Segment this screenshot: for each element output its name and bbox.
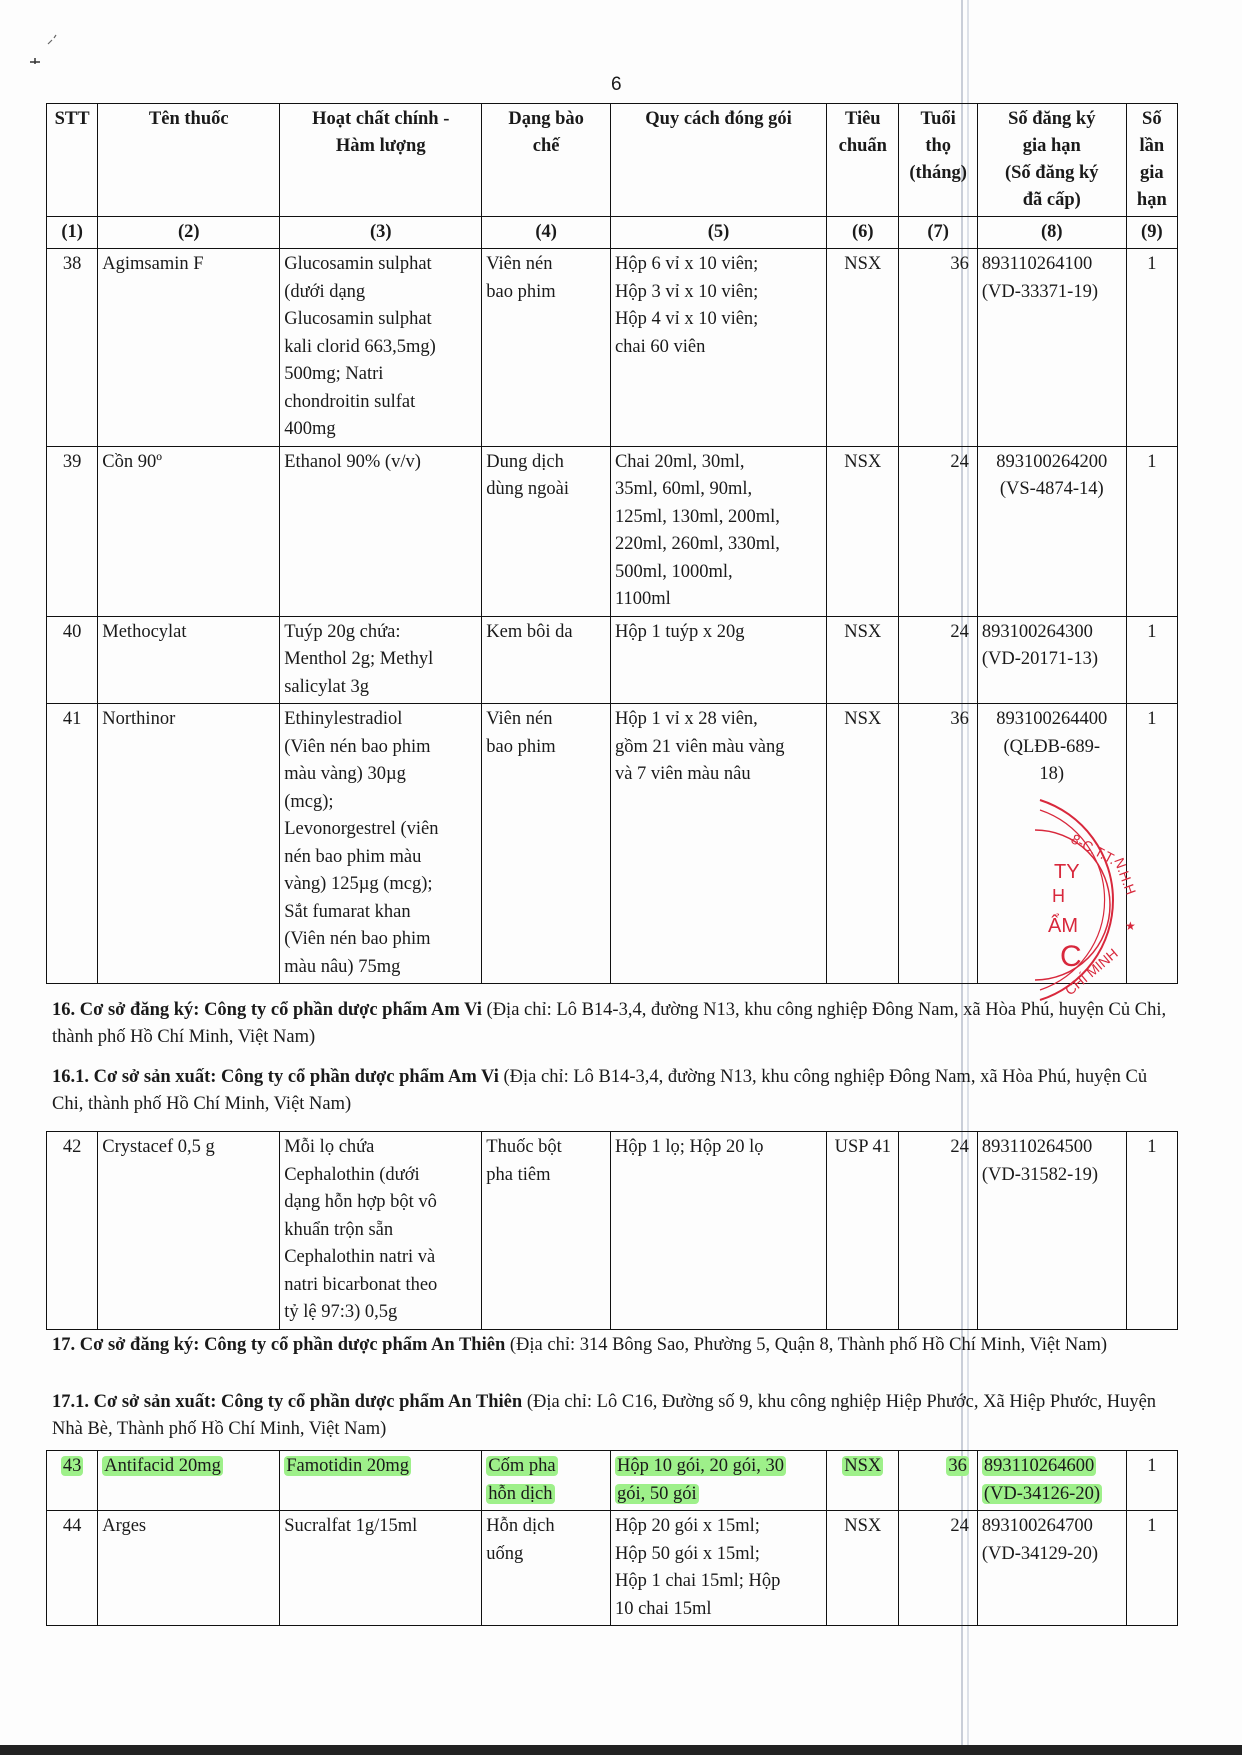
- cell-stt: 41: [47, 704, 98, 984]
- cell-shelf-life: 24: [899, 1132, 977, 1330]
- scan-bottom-edge: [0, 1745, 1242, 1755]
- table-row: 39Cồn 90ºEthanol 90% (v/v)Dung dịch dùng…: [47, 446, 1178, 616]
- cell-ingredient-text: Famotidin 20mg: [284, 1456, 411, 1476]
- cell-drug-name-text: Northinor: [102, 709, 175, 729]
- cell-packaging-text: Chai 20ml, 30ml, 35ml, 60ml, 90ml, 125ml…: [615, 452, 780, 610]
- cell-dosage-form: Viên nén bao phim: [482, 249, 611, 447]
- section-16-1-manufacturer: 16.1. Cơ sở sản xuất: Công ty cổ phần dư…: [52, 1064, 1172, 1118]
- cell-standard: NSX: [827, 616, 899, 704]
- cell-packaging: Hộp 6 vỉ x 10 viên; Hộp 3 vỉ x 10 viên; …: [610, 249, 826, 447]
- header-reg-no: Số đăng ký gia hạn (Số đăng ký đã cấp): [977, 104, 1126, 217]
- cell-packaging: Hộp 1 tuýp x 20g: [610, 616, 826, 704]
- section-16-1-title: 16.1. Cơ sở sản xuất: Công ty cổ phần dư…: [52, 1067, 499, 1087]
- cell-stt: 42: [47, 1132, 98, 1330]
- scan-artifact: [22, 30, 72, 70]
- cell-dosage-form: Hỗn dịch uống: [482, 1511, 611, 1626]
- cell-ingredient-text: Mỗi lọ chứa Cephalothin (dưới dạng hỗn h…: [284, 1137, 437, 1322]
- cell-standard: NSX: [827, 249, 899, 447]
- cell-stt-text: 41: [63, 709, 82, 729]
- cell-shelf-life: 24: [899, 616, 977, 704]
- cell-standard-text: NSX: [844, 622, 881, 642]
- section-16-registrant: 16. Cơ sở đăng ký: Công ty cổ phần dược …: [52, 997, 1172, 1051]
- cell-reg-no: 893100264700 (VD-34129-20): [977, 1511, 1126, 1626]
- drug-table-2: 42Crystacef 0,5 gMỗi lọ chứa Cephalothin…: [46, 1131, 1178, 1330]
- section-16-title: 16. Cơ sở đăng ký: Công ty cổ phần dược …: [52, 1000, 482, 1020]
- header-dosage-form: Dạng bào chế: [482, 104, 611, 217]
- cell-renewals-text: 1: [1147, 622, 1156, 642]
- cell-reg-no-text: 893100264400 (QLĐB-689- 18): [996, 709, 1107, 784]
- cell-reg-no: 893100264200 (VS-4874-14): [977, 446, 1126, 616]
- cell-renewals: 1: [1126, 1132, 1177, 1330]
- section-17-title: 17. Cơ sở đăng ký: Công ty cổ phần dược …: [52, 1335, 505, 1355]
- cell-standard-text: USP 41: [835, 1137, 891, 1157]
- cell-ingredient: Sucralfat 1g/15ml: [280, 1511, 482, 1626]
- cell-ingredient: Ethanol 90% (v/v): [280, 446, 482, 616]
- col-num: (1): [47, 217, 98, 249]
- cell-stt-text: 39: [63, 452, 82, 472]
- cell-reg-no-text: 893100264700 (VD-34129-20): [982, 1516, 1098, 1564]
- cell-standard: USP 41: [827, 1132, 899, 1330]
- cell-reg-no: 893100264400 (QLĐB-689- 18): [977, 704, 1126, 984]
- cell-drug-name-text: Arges: [102, 1516, 146, 1536]
- cell-dosage-form-text: Kem bôi da: [486, 622, 572, 642]
- cell-shelf-life-text: 24: [950, 452, 969, 472]
- cell-stt-text: 43: [61, 1456, 84, 1476]
- cell-renewals: 1: [1126, 1511, 1177, 1626]
- header-drug-name: Tên thuốc: [98, 104, 280, 217]
- cell-packaging-text: Hộp 1 lọ; Hộp 20 lọ: [615, 1137, 764, 1157]
- cell-drug-name-text: Crystacef 0,5 g: [102, 1137, 215, 1157]
- header-renewals: Số lần gia hạn: [1126, 104, 1177, 217]
- cell-packaging-text: Hộp 1 vỉ x 28 viên, gồm 21 viên màu vàng…: [615, 709, 785, 784]
- cell-drug-name: Agimsamin F: [98, 249, 280, 447]
- cell-drug-name-text: Antifacid 20mg: [102, 1456, 223, 1476]
- table-row: 40MethocylatTuýp 20g chứa: Menthol 2g; M…: [47, 616, 1178, 704]
- header-packaging: Quy cách đóng gói: [610, 104, 826, 217]
- cell-dosage-form: Dung dịch dùng ngoài: [482, 446, 611, 616]
- cell-ingredient-text: Glucosamin sulphat (dưới dạng Glucosamin…: [284, 254, 436, 439]
- cell-reg-no: 893100264300 (VD-20171-13): [977, 616, 1126, 704]
- cell-dosage-form-text: Dung dịch dùng ngoài: [486, 452, 569, 500]
- cell-renewals-text: 1: [1147, 1456, 1156, 1476]
- table-header-row: STT Tên thuốc Hoạt chất chính - Hàm lượn…: [47, 104, 1178, 217]
- cell-stt-text: 42: [63, 1137, 82, 1157]
- cell-ingredient: Mỗi lọ chứa Cephalothin (dưới dạng hỗn h…: [280, 1132, 482, 1330]
- cell-dosage-form-text: Viên nén bao phim: [486, 709, 555, 757]
- cell-packaging: Hộp 1 lọ; Hộp 20 lọ: [610, 1132, 826, 1330]
- col-num: (5): [610, 217, 826, 249]
- cell-reg-no-text: 893110264600 (VD-34126-20): [982, 1456, 1102, 1504]
- col-num: (6): [827, 217, 899, 249]
- cell-dosage-form-text: Hỗn dịch uống: [486, 1516, 554, 1564]
- cell-renewals-text: 1: [1147, 1137, 1156, 1157]
- page-number: 6: [611, 74, 622, 96]
- cell-ingredient-text: Ethinylestradiol (Viên nén bao phim màu …: [284, 709, 438, 977]
- cell-standard: NSX: [827, 1451, 899, 1511]
- cell-shelf-life: 36: [899, 704, 977, 984]
- header-standard: Tiêu chuẩn: [827, 104, 899, 217]
- header-shelf-life: Tuổi thọ (tháng): [899, 104, 977, 217]
- cell-stt: 39: [47, 446, 98, 616]
- cell-reg-no-text: 893110264100 (VD-33371-19): [982, 254, 1098, 302]
- cell-packaging: Chai 20ml, 30ml, 35ml, 60ml, 90ml, 125ml…: [610, 446, 826, 616]
- cell-shelf-life-text: 24: [950, 1137, 969, 1157]
- cell-drug-name: Crystacef 0,5 g: [98, 1132, 280, 1330]
- cell-reg-no: 893110264500 (VD-31582-19): [977, 1132, 1126, 1330]
- cell-stt-text: 44: [63, 1516, 82, 1536]
- cell-drug-name-text: Cồn 90º: [102, 452, 162, 472]
- cell-ingredient-text: Ethanol 90% (v/v): [284, 452, 421, 472]
- cell-drug-name: Cồn 90º: [98, 446, 280, 616]
- cell-stt: 44: [47, 1511, 98, 1626]
- cell-packaging-text: Hộp 6 vỉ x 10 viên; Hộp 3 vỉ x 10 viên; …: [615, 254, 758, 357]
- cell-standard-text: NSX: [844, 709, 881, 729]
- col-num: (8): [977, 217, 1126, 249]
- section-17-1-manufacturer: 17.1. Cơ sở sản xuất: Công ty cổ phần dư…: [52, 1389, 1172, 1443]
- cell-ingredient: Glucosamin sulphat (dưới dạng Glucosamin…: [280, 249, 482, 447]
- cell-dosage-form-text: Viên nén bao phim: [486, 254, 555, 302]
- cell-ingredient-text: Sucralfat 1g/15ml: [284, 1516, 417, 1536]
- cell-shelf-life: 36: [899, 249, 977, 447]
- table-row: 38Agimsamin FGlucosamin sulphat (dưới dạ…: [47, 249, 1178, 447]
- cell-ingredient: Ethinylestradiol (Viên nén bao phim màu …: [280, 704, 482, 984]
- cell-shelf-life-text: 24: [950, 622, 969, 642]
- cell-stt: 38: [47, 249, 98, 447]
- cell-ingredient: Famotidin 20mg: [280, 1451, 482, 1511]
- cell-renewals: 1: [1126, 704, 1177, 984]
- table-row: 43Antifacid 20mgFamotidin 20mgCốm pha hỗ…: [47, 1451, 1178, 1511]
- cell-shelf-life-text: 24: [950, 1516, 969, 1536]
- cell-standard-text: NSX: [844, 1516, 881, 1536]
- col-num: (2): [98, 217, 280, 249]
- section-17-registrant: 17. Cơ sở đăng ký: Công ty cổ phần dược …: [52, 1332, 1172, 1359]
- drug-table-1: STT Tên thuốc Hoạt chất chính - Hàm lượn…: [46, 103, 1178, 984]
- cell-drug-name: Arges: [98, 1511, 280, 1626]
- cell-dosage-form: Thuốc bột pha tiêm: [482, 1132, 611, 1330]
- cell-dosage-form: Cốm pha hỗn dịch: [482, 1451, 611, 1511]
- cell-drug-name: Methocylat: [98, 616, 280, 704]
- cell-ingredient-text: Tuýp 20g chứa: Menthol 2g; Methyl salicy…: [284, 622, 433, 697]
- cell-drug-name-text: Methocylat: [102, 622, 186, 642]
- cell-packaging: Hộp 20 gói x 15ml; Hộp 50 gói x 15ml; Hộ…: [610, 1511, 826, 1626]
- cell-drug-name-text: Agimsamin F: [102, 254, 203, 274]
- cell-standard-text: NSX: [842, 1456, 883, 1476]
- cell-stt-text: 38: [63, 254, 82, 274]
- cell-shelf-life-text: 36: [950, 254, 969, 274]
- cell-reg-no: 893110264100 (VD-33371-19): [977, 249, 1126, 447]
- drug-table-3: 43Antifacid 20mgFamotidin 20mgCốm pha hỗ…: [46, 1450, 1178, 1626]
- cell-stt: 43: [47, 1451, 98, 1511]
- cell-reg-no: 893110264600 (VD-34126-20): [977, 1451, 1126, 1511]
- cell-stt-text: 40: [63, 622, 82, 642]
- cell-shelf-life-text: 36: [950, 709, 969, 729]
- table-row: 44ArgesSucralfat 1g/15mlHỗn dịch uốngHộp…: [47, 1511, 1178, 1626]
- cell-standard: NSX: [827, 446, 899, 616]
- header-ingredient: Hoạt chất chính - Hàm lượng: [280, 104, 482, 217]
- cell-shelf-life: 24: [899, 446, 977, 616]
- col-num: (9): [1126, 217, 1177, 249]
- column-number-row: (1) (2) (3) (4) (5) (6) (7) (8) (9): [47, 217, 1178, 249]
- cell-ingredient: Tuýp 20g chứa: Menthol 2g; Methyl salicy…: [280, 616, 482, 704]
- header-stt: STT: [47, 104, 98, 217]
- table-row: 42Crystacef 0,5 gMỗi lọ chứa Cephalothin…: [47, 1132, 1178, 1330]
- cell-renewals: 1: [1126, 446, 1177, 616]
- cell-dosage-form: Viên nén bao phim: [482, 704, 611, 984]
- cell-dosage-form-text: Thuốc bột pha tiêm: [486, 1137, 562, 1185]
- cell-renewals-text: 1: [1147, 452, 1156, 472]
- cell-packaging: Hộp 10 gói, 20 gói, 30 gói, 50 gói: [610, 1451, 826, 1511]
- cell-standard: NSX: [827, 704, 899, 984]
- cell-reg-no-text: 893100264200 (VS-4874-14): [996, 452, 1107, 500]
- cell-packaging: Hộp 1 vỉ x 28 viên, gồm 21 viên màu vàng…: [610, 704, 826, 984]
- cell-dosage-form-text: Cốm pha hỗn dịch: [486, 1456, 557, 1504]
- cell-stt: 40: [47, 616, 98, 704]
- cell-packaging-text: Hộp 10 gói, 20 gói, 30 gói, 50 gói: [615, 1456, 786, 1504]
- col-num: (7): [899, 217, 977, 249]
- cell-renewals: 1: [1126, 1451, 1177, 1511]
- cell-renewals-text: 1: [1147, 709, 1156, 729]
- cell-packaging-text: Hộp 1 tuýp x 20g: [615, 622, 745, 642]
- cell-standard-text: NSX: [844, 452, 881, 472]
- cell-renewals-text: 1: [1147, 1516, 1156, 1536]
- cell-shelf-life: 36: [899, 1451, 977, 1511]
- cell-shelf-life: 24: [899, 1511, 977, 1626]
- cell-renewals: 1: [1126, 249, 1177, 447]
- cell-renewals-text: 1: [1147, 254, 1156, 274]
- cell-drug-name: Northinor: [98, 704, 280, 984]
- cell-shelf-life-text: 36: [946, 1456, 969, 1476]
- cell-packaging-text: Hộp 20 gói x 15ml; Hộp 50 gói x 15ml; Hộ…: [615, 1516, 780, 1619]
- cell-standard-text: NSX: [844, 254, 881, 274]
- table-row: 41NorthinorEthinylestradiol (Viên nén ba…: [47, 704, 1178, 984]
- col-num: (3): [280, 217, 482, 249]
- cell-standard: NSX: [827, 1511, 899, 1626]
- cell-drug-name: Antifacid 20mg: [98, 1451, 280, 1511]
- cell-dosage-form: Kem bôi da: [482, 616, 611, 704]
- cell-reg-no-text: 893110264500 (VD-31582-19): [982, 1137, 1098, 1185]
- col-num: (4): [482, 217, 611, 249]
- section-17-address: (Địa chỉ: 314 Bông Sao, Phường 5, Quận 8…: [505, 1335, 1107, 1355]
- cell-reg-no-text: 893100264300 (VD-20171-13): [982, 622, 1098, 670]
- cell-renewals: 1: [1126, 616, 1177, 704]
- section-17-1-title: 17.1. Cơ sở sản xuất: Công ty cổ phần dư…: [52, 1392, 522, 1412]
